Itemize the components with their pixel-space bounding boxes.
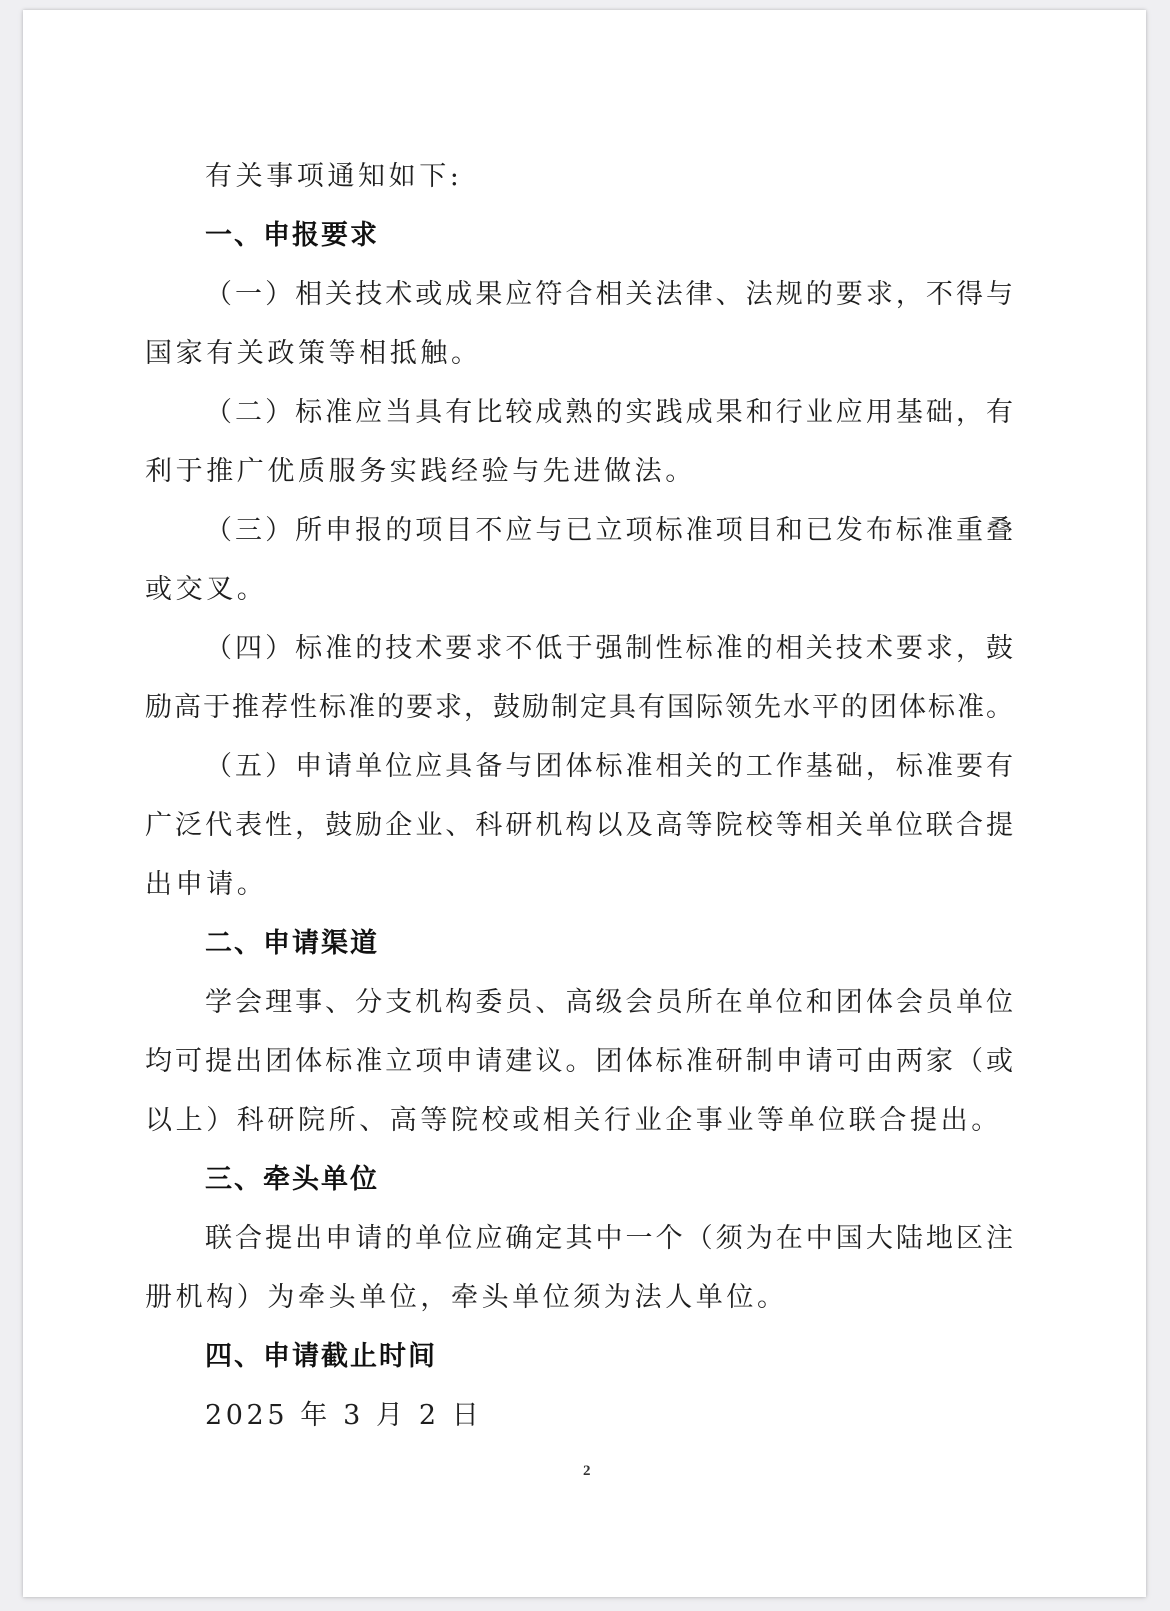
paragraph-requirement-5-line-1: （五）申请单位应具备与团体标准相关的工作基础，标准要有	[205, 750, 1013, 784]
paragraph-requirement-1-line-2: 国家有关政策等相抵触。	[145, 337, 482, 371]
section-heading-requirements: 一、申报要求	[205, 219, 379, 253]
section-heading-lead-unit: 三、牵头单位	[205, 1163, 379, 1197]
document-page: 有关事项通知如下: 一、申报要求 （一）相关技术或成果应符合相关法律、法规的要求…	[23, 10, 1146, 1597]
paragraph-channels-line-3: 以上）科研院所、高等院校或相关行业企事业等单位联合提出。	[145, 1104, 1002, 1138]
section-heading-deadline: 四、申请截止时间	[205, 1340, 437, 1374]
paragraph-requirement-4-line-1: （四）标准的技术要求不低于强制性标准的相关技术要求，鼓	[205, 632, 1013, 666]
paragraph-requirement-3-line-2: 或交叉。	[145, 573, 267, 607]
paragraph-lead-unit-line-2: 册机构）为牵头单位，牵头单位须为法人单位。	[145, 1281, 788, 1315]
paragraph-requirement-5-line-2: 广泛代表性，鼓励企业、科研机构以及高等院校等相关单位联合提	[145, 809, 1013, 843]
deadline-date: 2025 年 3 月 2 日	[205, 1399, 482, 1433]
page-number: 2	[583, 1463, 591, 1480]
intro-line: 有关事项通知如下:	[205, 160, 463, 194]
section-heading-channels: 二、申请渠道	[205, 927, 379, 961]
paragraph-requirement-5-line-3: 出申请。	[145, 868, 267, 902]
paragraph-channels-line-2: 均可提出团体标准立项申请建议。团体标准研制申请可由两家（或	[145, 1045, 1013, 1079]
paragraph-channels-line-1: 学会理事、分支机构委员、高级会员所在单位和团体会员单位	[205, 986, 1013, 1020]
paragraph-requirement-3-line-1: （三）所申报的项目不应与已立项标准项目和已发布标准重叠	[205, 514, 1013, 548]
paragraph-requirement-4-line-2: 励高于推荐性标准的要求，鼓励制定具有国际领先水平的团体标准。	[145, 691, 1013, 725]
paragraph-requirement-1-line-1: （一）相关技术或成果应符合相关法律、法规的要求，不得与	[205, 278, 1013, 312]
paragraph-requirement-2-line-2: 利于推广优质服务实践经验与先进做法。	[145, 455, 696, 489]
paragraph-lead-unit-line-1: 联合提出申请的单位应确定其中一个（须为在中国大陆地区注	[205, 1222, 1013, 1256]
paragraph-requirement-2-line-1: （二）标准应当具有比较成熟的实践成果和行业应用基础，有	[205, 396, 1013, 430]
